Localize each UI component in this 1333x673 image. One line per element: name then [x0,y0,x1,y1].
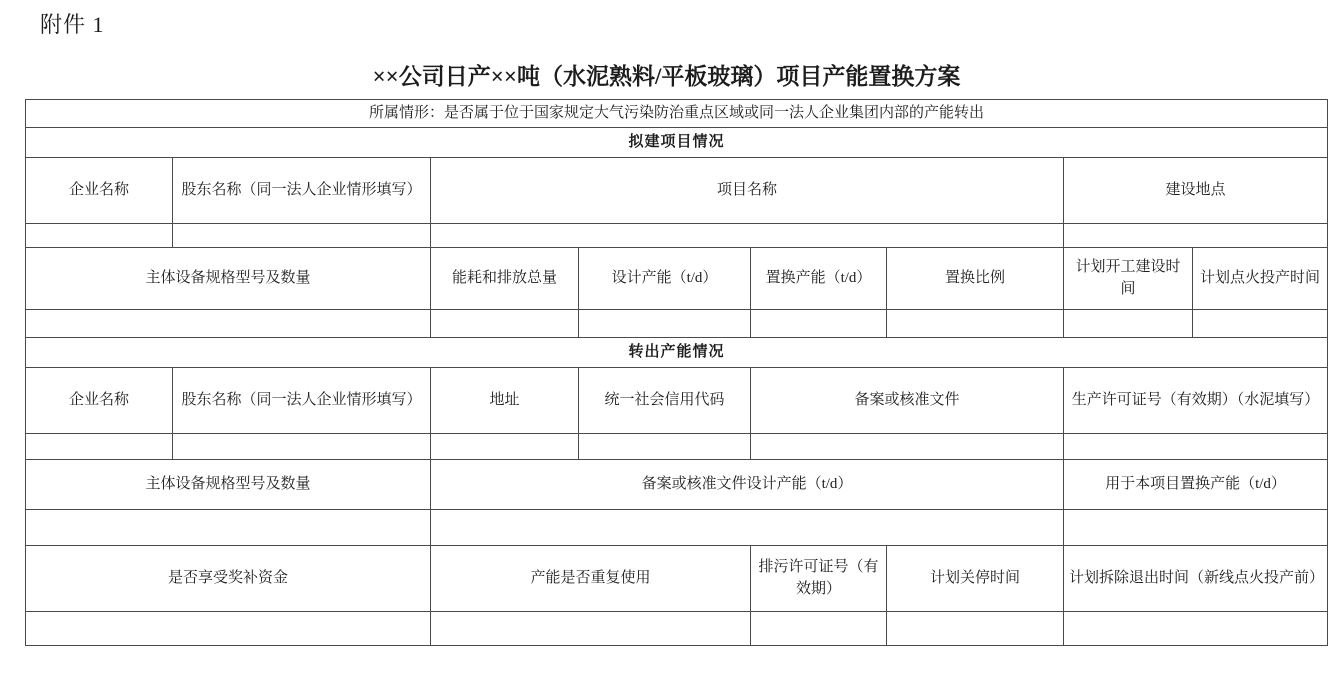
input-cell-energy-emissions[interactable] [431,310,579,338]
cell-replacement-capacity: 置换产能（t/d） [751,248,887,310]
capacity-replacement-table: 所属情形：是否属于位于国家规定大气污染防治重点区域或同一法人企业集团内部的产能转… [25,99,1328,646]
cell-transfer-enterprise-name: 企业名称 [26,368,173,434]
cell-main-equipment: 主体设备规格型号及数量 [26,248,431,310]
page-title: ××公司日产××吨（水泥熟料/平板玻璃）项目产能置换方案 [0,58,1333,91]
input-cell-project-name[interactable] [431,224,1064,248]
attachment-label: 附件 1 [40,8,105,39]
cell-production-license: 生产许可证号（有效期）（水泥填写） [1064,368,1328,434]
cell-enterprise-name: 企业名称 [26,158,173,224]
input-cell-credit-code[interactable] [579,434,751,460]
cell-construction-site: 建设地点 [1064,158,1328,224]
cell-approved-design-capacity: 备案或核准文件设计产能（t/d） [431,460,1064,510]
section1-header: 拟建项目情况 [26,128,1328,158]
input-cell-planned-start-time[interactable] [1064,310,1193,338]
input-cell-planned-shutdown-time[interactable] [887,612,1064,646]
input-cell-used-replacement-capacity[interactable] [1064,510,1328,546]
input-cell-transfer-enterprise-name[interactable] [26,434,173,460]
input-cell-replacement-capacity[interactable] [751,310,887,338]
input-cell-subsidy-funds[interactable] [26,612,431,646]
cell-used-replacement-capacity: 用于本项目置换产能（t/d） [1064,460,1328,510]
input-cell-production-license[interactable] [1064,434,1328,460]
cell-planned-start-time: 计划开工建设时间 [1064,248,1193,310]
input-cell-construction-site[interactable] [1064,224,1328,248]
cell-approval-document: 备案或核准文件 [751,368,1064,434]
input-cell-planned-ignition-time[interactable] [1193,310,1328,338]
cell-energy-emissions: 能耗和排放总量 [431,248,579,310]
cell-project-name: 项目名称 [431,158,1064,224]
input-cell-shareholder-name[interactable] [173,224,431,248]
input-cell-planned-demolition-time[interactable] [1064,612,1328,646]
section2-header: 转出产能情况 [26,338,1328,368]
cell-planned-ignition-time: 计划点火投产时间 [1193,248,1328,310]
cell-planned-shutdown-time: 计划关停时间 [887,546,1064,612]
cell-capacity-reuse: 产能是否重复使用 [431,546,751,612]
input-cell-address[interactable] [431,434,579,460]
input-cell-replacement-ratio[interactable] [887,310,1064,338]
input-cell-pollution-permit[interactable] [751,612,887,646]
cell-address: 地址 [431,368,579,434]
cell-transfer-main-equipment: 主体设备规格型号及数量 [26,460,431,510]
input-cell-capacity-reuse[interactable] [431,612,751,646]
cell-replacement-ratio: 置换比例 [887,248,1064,310]
input-cell-transfer-shareholder-name[interactable] [173,434,431,460]
cell-transfer-shareholder-name: 股东名称（同一法人企业情形填写） [173,368,431,434]
cell-shareholder-name: 股东名称（同一法人企业情形填写） [173,158,431,224]
input-cell-transfer-main-equipment[interactable] [26,510,431,546]
input-cell-approval-document[interactable] [751,434,1064,460]
cell-credit-code: 统一社会信用代码 [579,368,751,434]
input-cell-enterprise-name[interactable] [26,224,173,248]
cell-subsidy-funds: 是否享受奖补资金 [26,546,431,612]
input-cell-main-equipment[interactable] [26,310,431,338]
cell-pollution-permit: 排污许可证号（有效期） [751,546,887,612]
input-cell-approved-design-capacity[interactable] [431,510,1064,546]
input-cell-design-capacity[interactable] [579,310,751,338]
cell-design-capacity: 设计产能（t/d） [579,248,751,310]
cell-planned-demolition-time: 计划拆除退出时间（新线点火投产前） [1064,546,1328,612]
classification-cell: 所属情形：是否属于位于国家规定大气污染防治重点区域或同一法人企业集团内部的产能转… [26,100,1328,128]
